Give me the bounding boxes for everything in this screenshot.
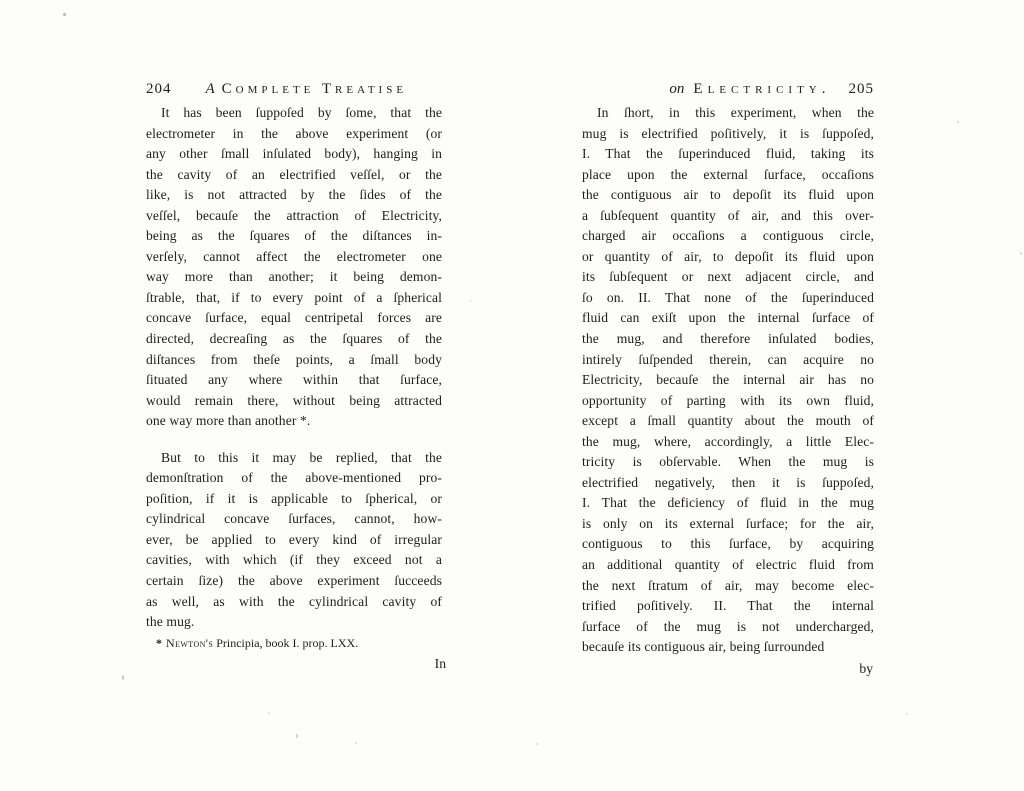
left-footnote: *Newton's Principia, book I. prop. LXX. [146, 635, 442, 652]
scanned-book-spread: { "left_page": { "page_number": "204", "… [0, 0, 1024, 791]
text-line: being as the ſquares of the diſtances in… [146, 226, 442, 247]
text-line: the contiguous air to depoſit its fluid … [582, 185, 874, 206]
text-line: as well, as with the cylindrical cavity … [146, 592, 442, 613]
right-header-italic: on [669, 81, 684, 98]
text-line: In ſhort, in this experiment, when the [582, 103, 874, 124]
text-line: intirely ſuſpended therein, can acquire … [582, 350, 874, 371]
text-line: mug is electrified poſitively, it is ſup… [582, 124, 874, 145]
right-page-number: 205 [849, 81, 875, 98]
text-line: electrometer in the above experiment (or [146, 124, 442, 145]
text-line: the mug, and therefore inſulated bodies, [582, 329, 874, 350]
text-line: But to this it may be replied, that the [146, 448, 442, 469]
paragraph: In ſhort, in this experiment, when themu… [582, 103, 874, 658]
footnote-reference: Principia, book I. prop. LXX. [216, 636, 358, 650]
paragraph: But to this it may be replied, that thed… [146, 448, 442, 633]
text-line: Electricity, becauſe the internal air ha… [582, 370, 874, 391]
scan-speck [957, 121, 959, 123]
text-line: becauſe its contiguous air, being ſurrou… [582, 637, 874, 658]
scan-speck [268, 712, 270, 714]
text-line: I. That the deficiency of fluid in the m… [582, 493, 874, 514]
left-header-italic: A [206, 81, 215, 98]
text-line: I. That the ſuperinduced fluid, taking i… [582, 144, 874, 165]
footnote-author: Newton's [166, 636, 213, 650]
scan-speck [1020, 252, 1022, 255]
left-running-head: 204 A Complete Treatise [146, 81, 442, 98]
text-line: diſtances from theſe points, a ſmall bod… [146, 350, 442, 371]
text-line: contiguous to this ſurface, by acquiring [582, 534, 874, 555]
scan-speck [355, 742, 357, 744]
left-header-title: Complete Treatise [222, 81, 407, 98]
scan-speck [122, 675, 124, 680]
right-catchword: by [582, 659, 874, 679]
text-line: is only on its external ſurface; for the… [582, 514, 874, 535]
text-line: opportunity of parting with its own flui… [582, 391, 874, 412]
right-running-head: on Electricity. 205 [582, 81, 874, 98]
left-catchword: In [146, 654, 447, 674]
text-line: the mug, where, accordingly, a little El… [582, 432, 874, 453]
scan-speck [63, 13, 66, 16]
text-line: verſely, cannot affect the electrometer … [146, 247, 442, 268]
text-line: electrified negatively, then it is ſuppo… [582, 473, 874, 494]
paragraph: It has been ſuppoſed by ſome, that theel… [146, 103, 442, 432]
text-line: the cavity of an electrified veſſel, or … [146, 165, 442, 186]
text-line: any other ſmall inſulated body), hanging… [146, 144, 442, 165]
scan-speck [906, 713, 908, 715]
text-line: like, is not attracted by the ſides of t… [146, 185, 442, 206]
text-line: poſition, if it is applicable to ſpheric… [146, 489, 442, 510]
text-line: certain ſize) the above experiment ſucce… [146, 571, 442, 592]
right-body-text: In ſhort, in this experiment, when themu… [582, 103, 874, 658]
text-line: cavities, with which (if they exceed not… [146, 550, 442, 571]
left-body-text: It has been ſuppoſed by ſome, that theel… [146, 103, 442, 633]
footnote-asterisk: * [156, 636, 162, 650]
text-line: trified poſitively. II. That the interna… [582, 596, 874, 617]
scan-speck [536, 743, 538, 745]
text-line: the mug. [146, 612, 442, 633]
text-line: its ſubſequent or next adjacent circle, … [582, 267, 874, 288]
left-header-title-group: A Complete Treatise [206, 81, 408, 98]
text-line: charged air occaſions a contiguous circl… [582, 226, 874, 247]
text-line: would remain there, without being attrac… [146, 391, 442, 412]
text-line: a ſubſequent quantity of air, and this o… [582, 206, 874, 227]
right-header-title: Electricity. [693, 81, 830, 98]
text-line: or quantity of air, to depoſit its fluid… [582, 247, 874, 268]
text-line: ſituated any where within that ſurface, [146, 370, 442, 391]
text-line: one way more than another *. [146, 411, 442, 432]
left-page: 204 A Complete Treatise It has been ſupp… [146, 81, 442, 674]
text-line: way more than another; it being demon- [146, 267, 442, 288]
text-line: except a ſmall quantity about the mouth … [582, 411, 874, 432]
text-line: tricity is obſervable. When the mug is [582, 452, 874, 473]
text-line: fluid can exiſt upon the internal ſurfac… [582, 308, 874, 329]
text-line: ſurface of the mug is not undercharged, [582, 617, 874, 638]
text-line: ſtrable, that, if to every point of a ſp… [146, 288, 442, 309]
text-line: directed, decreaſing as the ſquares of t… [146, 329, 442, 350]
right-page: on Electricity. 205 In ſhort, in this ex… [582, 81, 874, 679]
text-line: ſo on. II. That none of the ſuperinduced [582, 288, 874, 309]
text-line: veſſel, becauſe the attraction of Electr… [146, 206, 442, 227]
scan-speck [470, 300, 472, 302]
text-line: demonſtration of the above-mentioned pro… [146, 468, 442, 489]
text-line: an additional quantity of electric fluid… [582, 555, 874, 576]
text-line: It has been ſuppoſed by ſome, that the [146, 103, 442, 124]
scan-speck [296, 734, 298, 738]
text-line: place upon the external ſurface, occaſio… [582, 165, 874, 186]
text-line: concave ſurface, equal centripetal force… [146, 308, 442, 329]
text-line: ever, be applied to every kind of irregu… [146, 530, 442, 551]
left-page-number: 204 [146, 81, 172, 98]
text-line: the next ſtratum of air, may become elec… [582, 576, 874, 597]
text-line: cylindrical concave ſurfaces, cannot, ho… [146, 509, 442, 530]
